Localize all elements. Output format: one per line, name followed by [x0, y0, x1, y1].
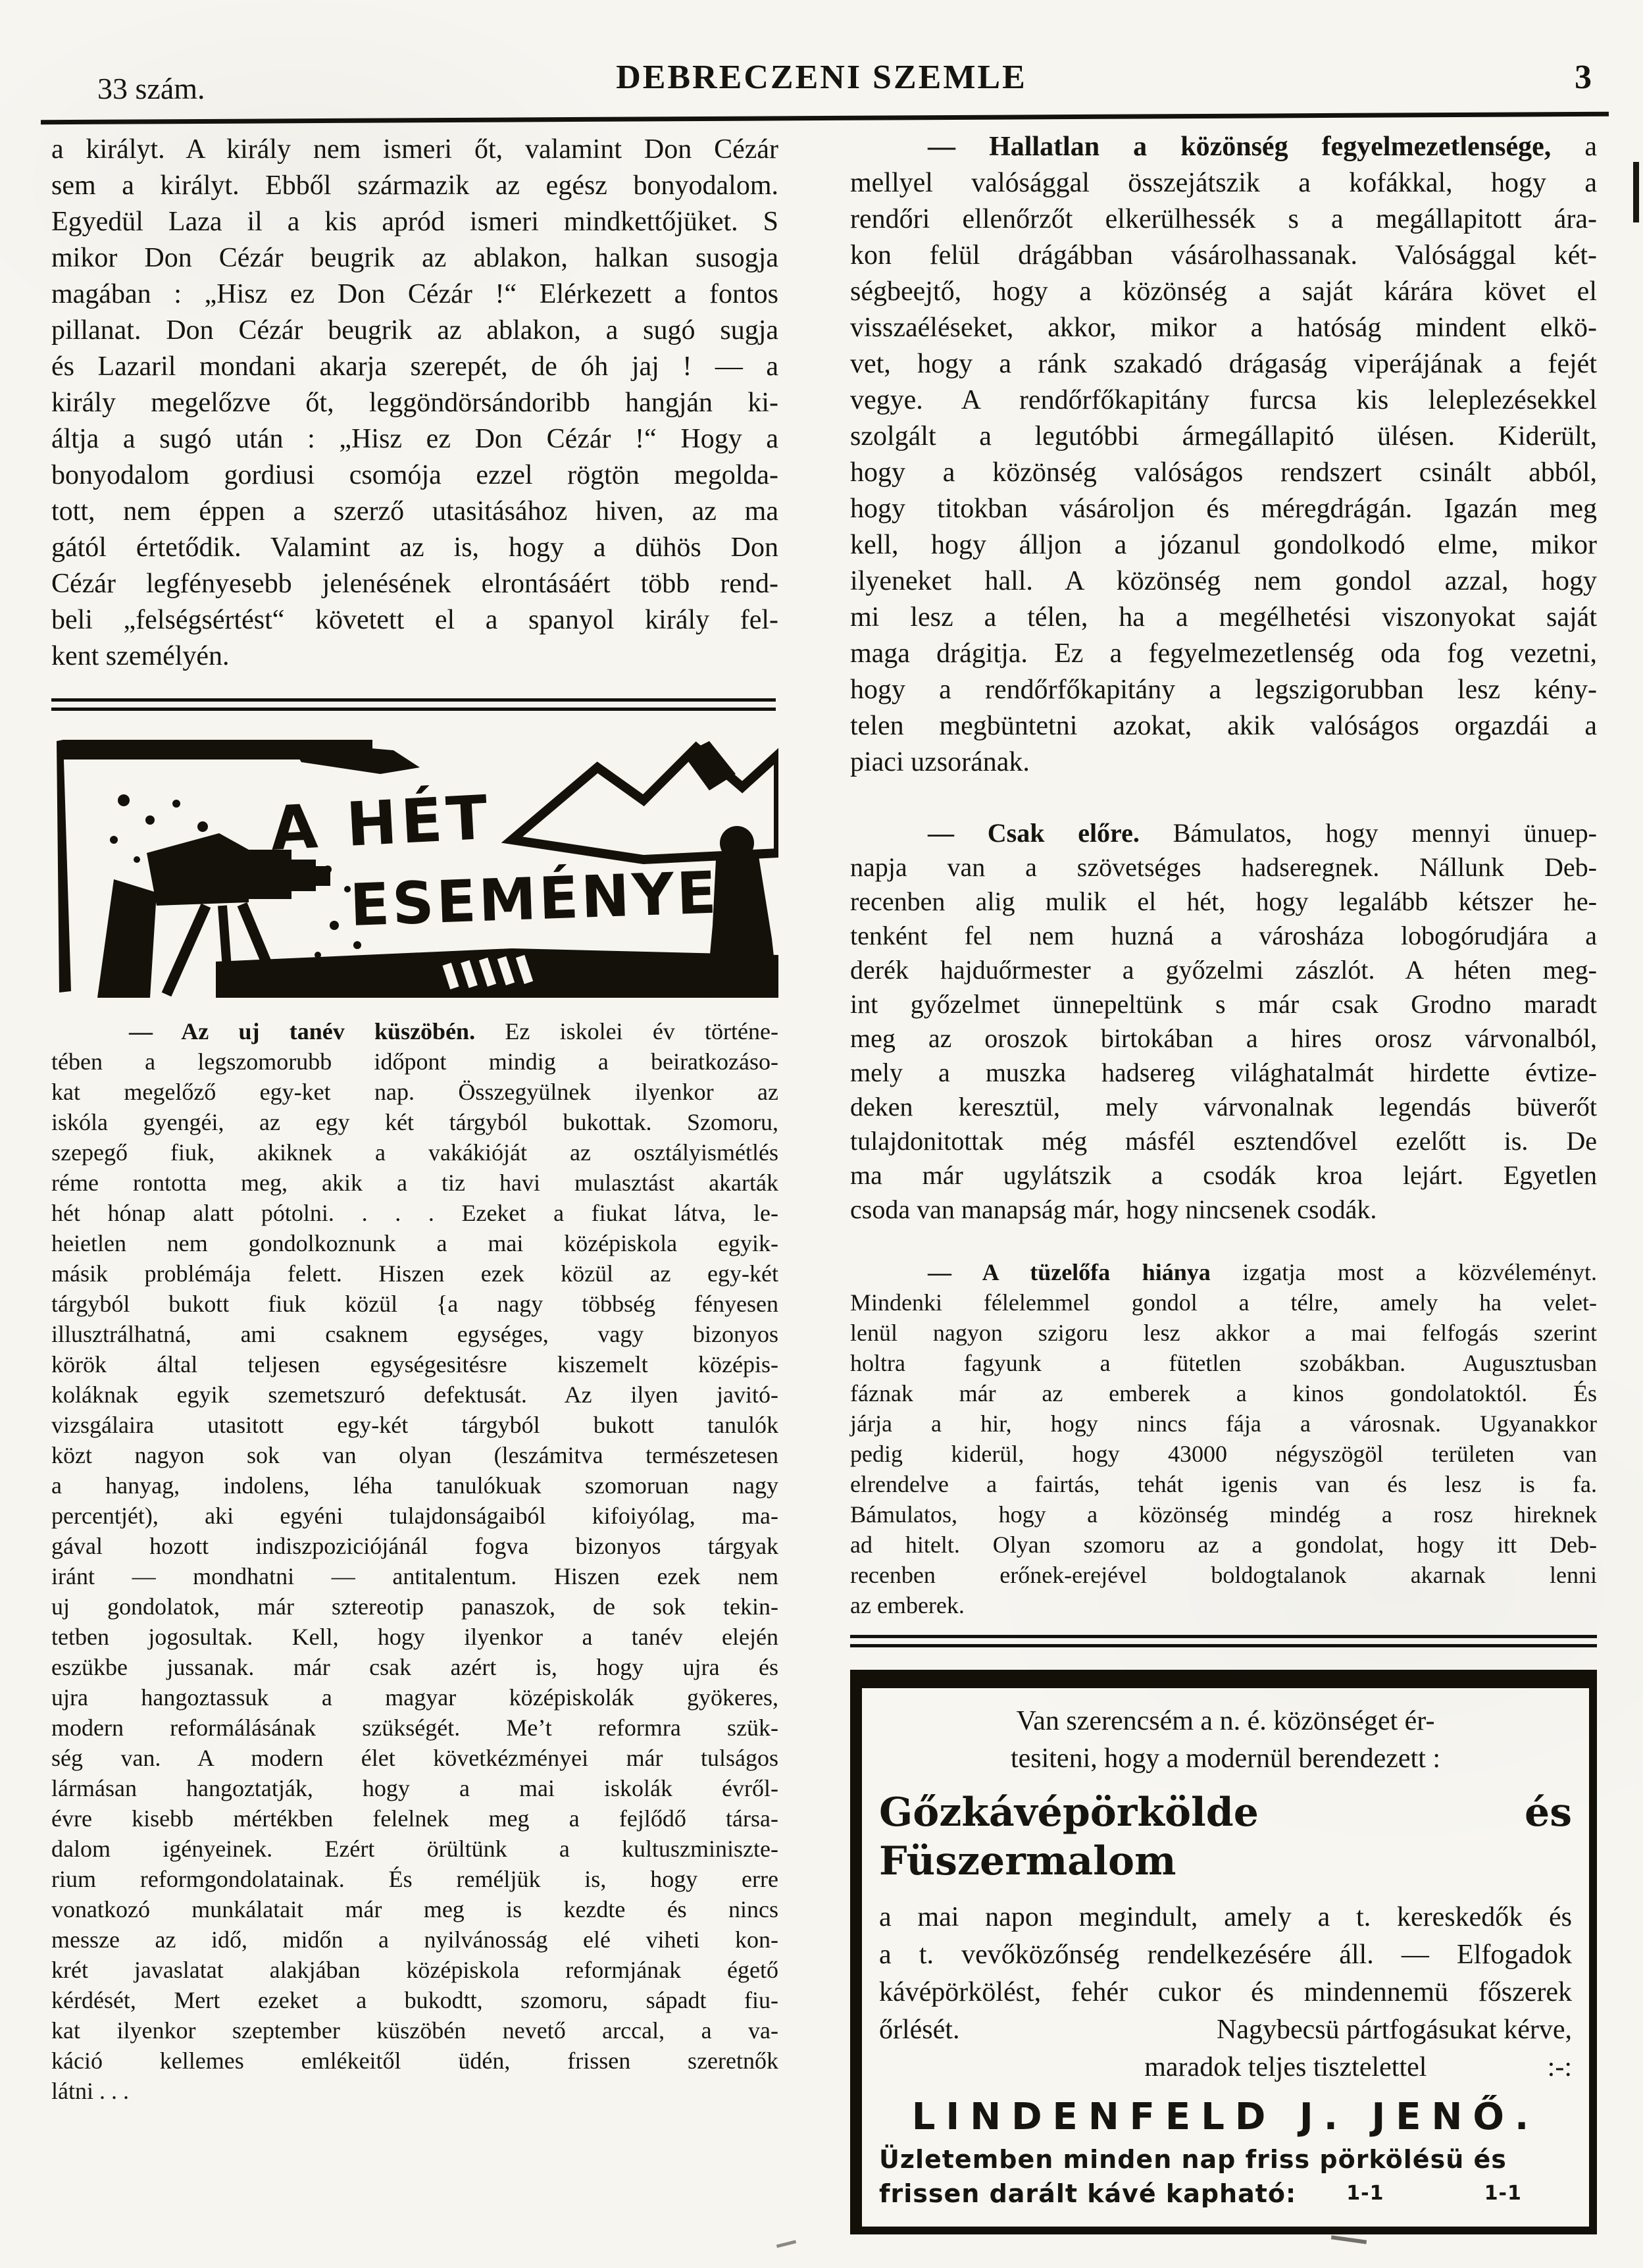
article-text-line: kent személyén.: [51, 638, 778, 675]
article-text-line: Egyedül Laza il a kis apród ismeri mindk…: [51, 204, 778, 240]
ad-body-line1: a mai napon megindult, amely a t. keresk…: [879, 1899, 1572, 1936]
article-text-line: Mindenki félelemmel gondol a télre, amel…: [850, 1287, 1597, 1318]
article-lead-line: — Hallatlan a közönség fegyelmezetlenség…: [850, 129, 1597, 165]
article-new-school-year: — Az uj tanév küszöbén. Ez iskolei év tö…: [51, 1016, 778, 2106]
ad-body-line5: maradok teljes tisztelettel :-:: [879, 2049, 1572, 2086]
article-text-line: körök által teljesen egységesitésre kisz…: [51, 1349, 778, 1379]
article-text-line: kon felül drágábban vásárolhassanak. Val…: [850, 238, 1597, 274]
article-text-line: réme rontotta meg, akik a tiz havi mulas…: [51, 1168, 778, 1198]
scan-edge-artifact: [1633, 162, 1639, 222]
article-text-line: piaci uzsorának.: [850, 744, 1597, 781]
article-text-line: bonyodalom gordiusi csomója ezzel rögtön…: [51, 457, 778, 494]
ad-footer-line2: frissen darált kávé kapható:: [879, 2177, 1296, 2211]
newspaper-page: 33 szám. DEBRECZENI SZEMLE 3 a királyt. …: [0, 0, 1643, 2268]
article-text-line: kell, hogy álljon a józanul gondolkodó e…: [850, 527, 1597, 563]
article-text-line: mikor Don Cézár beugrik az ablakon, halk…: [51, 240, 778, 276]
banner-title-line2: ESEMÉNYEI: [349, 858, 744, 939]
ad-ref-mark-2: 1-1: [1484, 2177, 1522, 2211]
coffee-roastery-advertisement: Van szerencsém a n. é. közönséget ér- te…: [850, 1670, 1597, 2234]
article-text-line: dalom igényeinek. Ezért örültünk a kultu…: [51, 1834, 778, 1864]
article-only-forward: — Csak előre. Bámulatos, hogy mennyi ünu…: [850, 816, 1597, 1227]
article-lead-rest: Ez iskolei év történe-: [475, 1018, 778, 1044]
ad-ornament-mark: :-:: [1548, 2049, 1572, 2086]
article-lead: — Az uj tanév küszöbén.: [129, 1018, 475, 1044]
ad-respect-text: maradok teljes tisztelettel: [999, 2049, 1427, 2086]
article-text-line: percentjét), aki egyéni tulajdonságaiból…: [51, 1501, 778, 1531]
article-text-line: modern reformálásának szükségét. Me’t re…: [51, 1713, 778, 1743]
article-firewood-shortage: — A tüzelőfa hiánya izgatja most a közvé…: [850, 1257, 1597, 1620]
scan-smudge-artifact: [1331, 2235, 1367, 2244]
article-text-line: vizsgálaira utasitott egy-két tárgyból b…: [51, 1410, 778, 1440]
article-text-line: hogy titokban vásároljon és méregdrágán.…: [850, 491, 1597, 527]
article-text-line: eszükbe jussanak. már csak azért is, hog…: [51, 1652, 778, 1682]
article-text-line: int győzelmet ünnepeltünk s már csak Gro…: [850, 987, 1597, 1021]
article-text-line: lármásan hangoztatják, hogy a mai iskolá…: [51, 1773, 778, 1803]
weekly-events-banner: A HÉT ESEMÉNYEI: [51, 728, 778, 998]
article-text-line: magában : „Hisz ez Don Cézár !“ Elérkeze…: [51, 276, 778, 313]
article-text-line: tulajdonitottak még másfél esztendővel e…: [850, 1124, 1597, 1158]
right-column: — Hallatlan a közönség fegyelmezetlenség…: [850, 129, 1597, 2234]
article-text-line: recenben erőnek-erejével boldogtalanok a…: [850, 1560, 1597, 1590]
article-text-line: a királyt. A király nem ismeri őt, valam…: [51, 132, 778, 168]
banner-left-frame: [57, 740, 71, 992]
article-text-line: kat megelőző egy-ket nap. Összegyülnek i…: [51, 1077, 778, 1107]
article-text-line: kérdését, Mert ezeket a bukodtt, szomoru…: [51, 1985, 778, 2015]
left-column: a királyt. A király nem ismeri őt, valam…: [51, 132, 778, 2106]
article-text-line: áltja a sugó után : „Hisz ez Don Cézár !…: [51, 421, 778, 457]
article-text-line: Bámulatos, hogy a közönség mindég a rosz…: [850, 1499, 1597, 1530]
article-text-line: maga drágitja. Ez a fegyelmezetlenség od…: [850, 636, 1597, 672]
ad-business-title: Gőzkávépörkölde és Füszermalom: [879, 1788, 1572, 1886]
article-text-line: hogy a közönség valóságos rendszert csin…: [850, 455, 1597, 491]
header-rule: [41, 112, 1609, 124]
article-text-line: napja van a szövetséges hadseregnek. Nál…: [850, 850, 1597, 885]
article-text-line: mely a muszka hadsereg világhatalmát hir…: [850, 1056, 1597, 1090]
article-text-line: ujra hangoztassuk a magyar középiskolák …: [51, 1682, 778, 1713]
article-text-line: vet, hogy a ránk szakadó drágaság viperá…: [850, 346, 1597, 382]
article-text-line: ségbeejtő, hogy a közönség a saját kárár…: [850, 274, 1597, 310]
article-text-line: szolgált a legutóbbi ármegállapitó ülése…: [850, 419, 1597, 455]
article-text-line: fáznak már az emberek a kinos gondolatok…: [850, 1378, 1597, 1408]
article-text-line: recenben alig mulik el hét, hogy legaláb…: [850, 885, 1597, 919]
article-text-line: rium reformgondolatainak. És reméljük is…: [51, 1864, 778, 1894]
article-text-line: rendőri ellenőrzőt elkerülhessék s a meg…: [850, 201, 1597, 238]
article-text-line: deken keresztül, mely várvonalnak legend…: [850, 1090, 1597, 1124]
article-text-line: gával hozott indiszpoziciójánál fogva bi…: [51, 1531, 778, 1561]
article-text-line: visszaéléseket, akkor, mikor a hatóság m…: [850, 310, 1597, 346]
ad-patronage-text: Nagybecsü pártfogásukat kérve,: [1217, 2011, 1572, 2049]
article-text-line: derék hajduőrmester a győzelmi zászlót. …: [850, 953, 1597, 987]
article-text-line: heietlen nem gondolkoznunk a mai középis…: [51, 1228, 778, 1258]
article-text-line: iskóla gyengéi, az egy két tárgyból buko…: [51, 1107, 778, 1137]
article-lead-line: — Csak előre. Bámulatos, hogy mennyi ünu…: [850, 816, 1597, 850]
article-text-line: ség van. A modern élet követkézményei má…: [51, 1743, 778, 1773]
ad-footer-line1: Üzletemben minden nap friss pörkölésü és: [879, 2142, 1572, 2177]
article-lead-rest: a: [1551, 132, 1597, 162]
article-text-line: a hanyag, indolens, léha tanulókuak szom…: [51, 1470, 778, 1501]
banner-title: A HÉT ESEMÉNYEI: [268, 782, 744, 939]
article-lead-line: — A tüzelőfa hiánya izgatja most a közvé…: [850, 1257, 1597, 1287]
article-text-line: ma már ugylátszik a csodák kroa lejárt. …: [850, 1158, 1597, 1193]
ad-grinding-label: őrlését.: [879, 2011, 959, 2049]
article-text-line: ilyeneket hall. A közönség nem gondol az…: [850, 563, 1597, 600]
article-text-line: gától értetődik. Valamint az is, hogy a …: [51, 530, 778, 566]
article-text-line: szepegő fiuk, akiknek a vakákióját az os…: [51, 1137, 778, 1168]
ad-footer: Üzletemben minden nap friss pörkölésü és…: [879, 2142, 1572, 2211]
article-text-line: sem a királyt. Ebből származik az egész …: [51, 168, 778, 204]
article-text-line: király megelőzve őt, leggöndörsándoribb …: [51, 385, 778, 421]
article-text-line: hét hónap alatt pótolni. . . . Ezeket a …: [51, 1198, 778, 1228]
article-text-line: elrendelve a fairtás, tehát igenis van é…: [850, 1469, 1597, 1499]
article-text-line: uj gondolatok, már sztereotip panaszok, …: [51, 1591, 778, 1622]
article-text-line: pedig kiderül, hogy 43000 négyszögöl ter…: [850, 1439, 1597, 1469]
ad-ref-mark-1: 1-1: [1346, 2177, 1384, 2211]
article-lead-rest: Bámulatos, hogy mennyi ünuep-: [1140, 818, 1597, 848]
article-text-line: ad hitelt. Olyan szomoru az a gondolat, …: [850, 1530, 1597, 1560]
article-text-line: koláknak egyik szemetszuró defektusát. A…: [51, 1379, 778, 1410]
ad-divider-rule: [850, 1635, 1597, 1647]
article-lead: — Csak előre.: [928, 818, 1140, 848]
banner-title-line1: A HÉT: [268, 782, 493, 864]
article-text-line: tárgyból bukott fiuk közül {a nagy többs…: [51, 1289, 778, 1319]
banner-ground: [216, 948, 778, 998]
scan-smudge-artifact: [776, 2240, 796, 2248]
article-text-line: messze az idő, midőn a nyilvánosság elé …: [51, 1924, 778, 1955]
ad-body-line2: a t. vevőközőnség rendelkezésére áll. — …: [879, 1936, 1572, 1974]
section-divider-rule: [51, 698, 776, 711]
ad-body-line4: őrlését. Nagybecsü pártfogásukat kérve,: [879, 2011, 1572, 2049]
article-text-line: lenül nagyon szigoru lesz akkor a mai fe…: [850, 1318, 1597, 1348]
article-text-line: vonatkozó munkálatait már meg is kezdte …: [51, 1894, 778, 1924]
article-lead: — Hallatlan a közönség fegyelmezetlenség…: [928, 132, 1551, 162]
article-text-line: illusztrálhatná, ami csaknem egységes, v…: [51, 1319, 778, 1349]
article-text-line: hogy a rendőrfőkapitány a legszigorubban…: [850, 672, 1597, 708]
article-lead-line: — Az uj tanév küszöbén. Ez iskolei év tö…: [51, 1016, 778, 1046]
article-text-line: tetben jogosultak. Kell, hogy ilyenkor a…: [51, 1622, 778, 1652]
article-public-indiscipline: — Hallatlan a közönség fegyelmezetlenség…: [850, 129, 1597, 781]
article-text-line: beli „felségsértést“ követett el a spany…: [51, 602, 778, 638]
article-text-line: és Lazaril mondani akarja szerepét, de ó…: [51, 349, 778, 385]
article-text-line: mi lesz a télen, ha a megélhetési viszon…: [850, 600, 1597, 636]
ad-proprietor-name: LINDENFELD J. JENŐ.: [879, 2096, 1572, 2138]
article-text-line: meg az oroszok birtokában a hires orosz …: [850, 1021, 1597, 1056]
weekly-events-banner-illustration: A HÉT ESEMÉNYEI: [51, 728, 778, 998]
article-don-cezar-continuation: a királyt. A király nem ismeri őt, valam…: [51, 132, 778, 675]
article-text-line: krét javaslatat alakjában középiskola re…: [51, 1955, 778, 1985]
ad-intro-line1: Van szerencsém a n. é. közönséget ér-: [879, 1703, 1572, 1740]
article-text-line: holtra fagyunk a fütetlen szobákban. Aug…: [850, 1348, 1597, 1378]
article-text-line: az emberek.: [850, 1590, 1597, 1620]
article-text-line: évre kisebb mértékben felelnek meg a fej…: [51, 1803, 778, 1834]
article-text-line: látni . . .: [51, 2076, 778, 2106]
article-text-line: tott, nem éppen a szerző utasitásához hi…: [51, 494, 778, 530]
article-text-line: csoda van manapság már, hogy nincsenek c…: [850, 1193, 1597, 1227]
ad-intro-line2: tesiteni, hogy a modernül berendezett :: [879, 1740, 1572, 1778]
article-text-line: iránt — mondhatni — antitalentum. Hiszen…: [51, 1561, 778, 1591]
article-lead-rest: izgatja most a közvéleményt.: [1211, 1259, 1597, 1285]
article-text-line: káció kellemes emlékeitől üdén, frissen …: [51, 2046, 778, 2076]
article-text-line: mellyel valósággal összejátszik a kofákk…: [850, 165, 1597, 201]
article-text-line: járja a hir, hogy nincs fája a városnak.…: [850, 1408, 1597, 1439]
article-text-line: másik problémája felett. Hiszen ezek köz…: [51, 1258, 778, 1289]
article-text-line: telen megbüntetni azokat, akik valóságos…: [850, 708, 1597, 744]
article-text-line: kat ilyenkor szeptember küszöbén nevető …: [51, 2015, 778, 2046]
article-text-line: tenként fel nem huzná a városháza lobogó…: [850, 919, 1597, 953]
article-text-line: Cézár legfényesebb jelenésének elrontásá…: [51, 566, 778, 602]
article-text-line: pillanat. Don Cézár beugrik az ablakon, …: [51, 313, 778, 349]
article-text-line: vegye. A rendőrfőkapitány furcsa kis lel…: [850, 382, 1597, 419]
ad-body-line3: kávépörkölést, fehér cukor és mindennemü…: [879, 1974, 1572, 2011]
article-text-line: tében a legszomorubb időpont mindig a be…: [51, 1046, 778, 1077]
article-lead: — A tüzelőfa hiánya: [928, 1259, 1211, 1285]
article-text-line: közt nagyon sok van olyan (leszámitva te…: [51, 1440, 778, 1470]
masthead-title: DEBRECZENI SZEMLE: [0, 58, 1643, 97]
page-number: 3: [1575, 58, 1592, 97]
